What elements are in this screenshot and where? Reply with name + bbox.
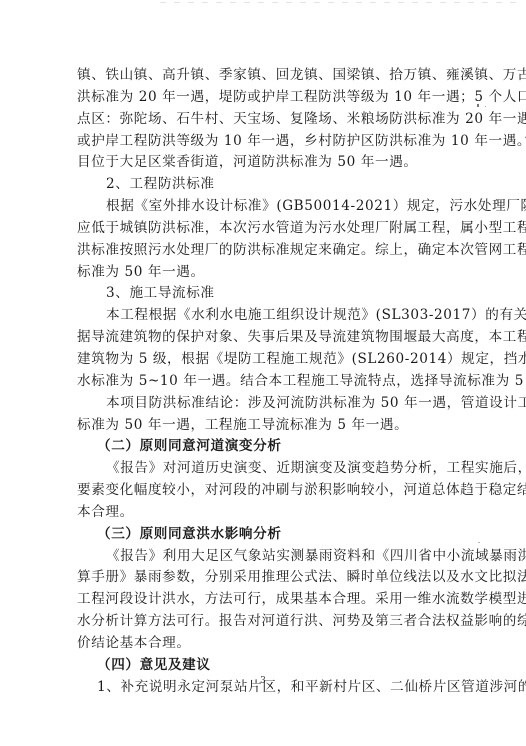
page-number: 3 [0, 676, 526, 686]
document-body: 镇、铁山镇、高升镇、季家镇、回龙镇、国梁镇、拾万镇、雍溪镇、万古镇防 洪标准为 … [77, 65, 445, 698]
text-line: 本项目防洪标准结论：涉及河流防洪标准为 50 年一遇，管道设计工程防洪 [77, 393, 445, 415]
text-line: 镇、铁山镇、高升镇、季家镇、回龙镇、国梁镇、拾万镇、雍溪镇、万古镇防 [77, 65, 445, 87]
text-line: 《报告》利用大足区气象站实测暴雨资料和《四川省中小流域暴雨洪水计 [77, 546, 445, 568]
text-line: 要素变化幅度较小，对河段的冲刷与淤积影响较小，河道总体趋于稳定结论基 [77, 480, 445, 502]
section-heading-river-evolution: （二）原则同意河道演变分析 [77, 436, 445, 458]
text-line: 据导流建筑物的保护对象、失事后果及导流建筑物围堰最大高度，本工程导流 [77, 327, 445, 349]
text-line: 目位于大足区棠香街道，河道防洪标准为 50 年一遇。 [77, 152, 445, 174]
subheading-flood-standard: 2、工程防洪标准 [77, 174, 445, 196]
text-line: 工程河段设计洪水，方法可行，成果基本合理。采用一维水流数学模型进行壅 [77, 589, 445, 611]
section-heading-opinions: （四）意见及建议 [77, 655, 445, 677]
scan-speck [485, 106, 486, 107]
text-line: 根据《室外排水设计标准》(GB50014-2021）规定，污水处理厂防洪标准不 [77, 196, 445, 218]
text-line: 洪标准按照污水处理厂的防洪标准规定来确定。综上，确定本次管网工程防洪 [77, 240, 445, 262]
text-line: 应低于城镇防洪标准，本次污水管道为污水处理厂附属工程，属小型工程，防 [77, 218, 445, 240]
text-line: 本合理。 [77, 502, 445, 524]
text-line: 《报告》对河道历史演变、近期演变及演变趋势分析，工程实施后，水力 [77, 458, 445, 480]
text-line: 洪标准为 20 年一遇，堤防或护岸工程防洪等级为 10 年一遇；5 个人口聚集重 [77, 87, 445, 109]
text-line: 价结论基本合理。 [77, 633, 445, 655]
text-line: 标准为 50 年一遇，工程施工导流标准为 5 年一遇。 [77, 415, 445, 437]
section-heading-flood-impact: （三）原则同意洪水影响分析 [77, 524, 445, 546]
text-line: 水标准为 5~10 年一遇。结合本工程施工导流特点，选择导流标准为 5 年一遇。 [77, 371, 445, 393]
text-line: 本工程根据《水利水电施工组织设计规范》(SL303-2017）的有关规定，根 [77, 305, 445, 327]
scan-speck [478, 542, 480, 543]
subheading-diversion-standard: 3、施工导流标准 [77, 283, 445, 305]
text-line: 点区：弥陀场、石牛村、天宝场、复隆场、米粮场防洪标准为 20 年一遇，堤防 [77, 109, 445, 131]
text-line: 算手册》暴雨参数，分别采用推理公式法、瞬时单位线法以及水文比拟法推求 [77, 567, 445, 589]
text-line: 建筑物为 5 级，根据《堤防工程施工规范》(SL260-2014）规定，挡水度汛… [77, 349, 445, 371]
scan-artifact-top [160, 2, 520, 3]
text-line: 或护岸工程防洪等级为 10 年一遇，乡村防护区防洪标准为 10 年一遇。”本次项 [77, 131, 445, 153]
text-line: 水分析计算方法可行。报告对河道行洪、河势及第三者合法权益影响的综合评 [77, 611, 445, 633]
text-line: 标准为 50 年一遇。 [77, 262, 445, 284]
